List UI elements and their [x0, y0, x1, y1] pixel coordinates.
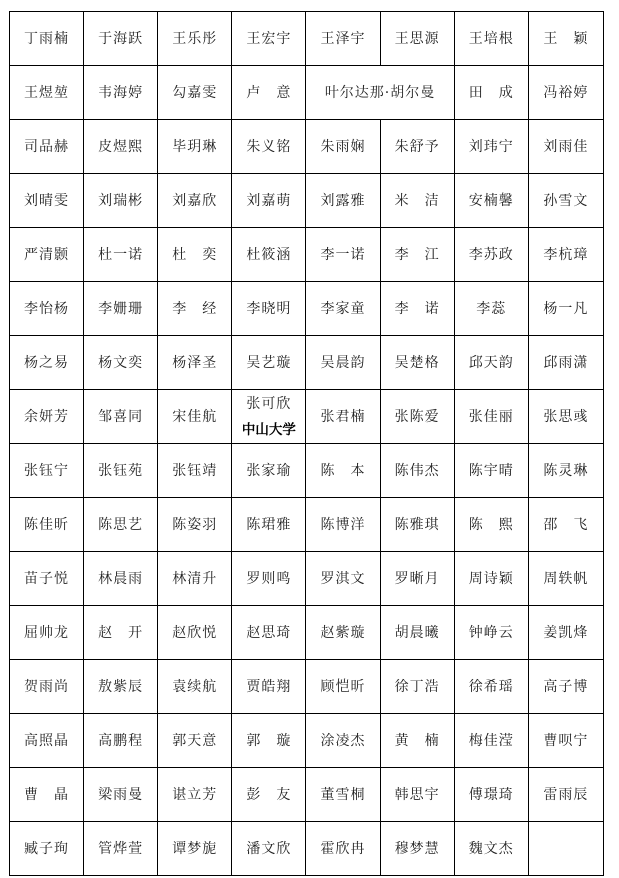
name-cell: 张君楠: [306, 390, 380, 444]
person-name: 刘露雅: [320, 193, 365, 209]
name-cell: 朱义铭: [232, 120, 306, 174]
name-cell: 皮煜熙: [84, 120, 158, 174]
name-cell: 严清颢: [10, 228, 84, 282]
person-name: 郭天意: [172, 733, 217, 749]
name-cell: 李 江: [380, 228, 454, 282]
table-row: 高照晶高鹏程郭天意郭 璇涂凌杰黄 楠梅佳滢曹呗宁: [10, 714, 604, 768]
name-cell: 李 经: [158, 282, 232, 336]
table-row: 曹 晶梁雨曼谌立芳彭 友董雪桐韩思宇傅璟琦雷雨辰: [10, 768, 604, 822]
name-cell: 杜筱涵: [232, 228, 306, 282]
person-name: 刘雨佳: [543, 139, 588, 155]
table-row: 臧子珣管烨萱谭梦旎潘文欣霍欣冉穆梦慧魏文杰: [10, 822, 604, 876]
name-cell: 邱天韵: [454, 336, 528, 390]
name-cell: 陈珺雅: [232, 498, 306, 552]
name-cell: 张钰靖: [158, 444, 232, 498]
name-cell: 周轶帆: [528, 552, 603, 606]
name-cell: 姜凯烽: [528, 606, 603, 660]
name-cell: 曹 晶: [10, 768, 84, 822]
name-cell: 陈博洋: [306, 498, 380, 552]
name-cell: 徐丁浩: [380, 660, 454, 714]
name-cell: 李晓明: [232, 282, 306, 336]
person-name: 杨一凡: [543, 301, 588, 317]
name-cell: 安楠馨: [454, 174, 528, 228]
name-cell: 杨泽圣: [158, 336, 232, 390]
person-name: 屈帅龙: [24, 625, 69, 641]
person-name: 罗淇文: [320, 571, 365, 587]
person-name: 丁雨楠: [24, 31, 69, 47]
name-cell: 林清升: [158, 552, 232, 606]
person-name: 陈佳昕: [24, 517, 69, 533]
name-cell: 吴艺璇: [232, 336, 306, 390]
name-cell: 董雪桐: [306, 768, 380, 822]
name-cell: 刘露雅: [306, 174, 380, 228]
name-cell: 刘瑞彬: [84, 174, 158, 228]
person-name: 杜筱涵: [246, 247, 291, 263]
person-name: 曹呗宁: [543, 733, 588, 749]
person-name: 冯裕婷: [543, 85, 588, 101]
name-cell: 邱雨潇: [528, 336, 603, 390]
person-name: 张陈爱: [395, 409, 440, 425]
name-cell: 杜一诺: [84, 228, 158, 282]
name-cell: 高照晶: [10, 714, 84, 768]
person-name: 严清颢: [24, 247, 69, 263]
person-name: 邱天韵: [469, 355, 514, 371]
name-cell: 李家童: [306, 282, 380, 336]
person-name: 霍欣冉: [320, 841, 365, 857]
person-name: 陈珺雅: [246, 517, 291, 533]
person-name: 姜凯烽: [543, 625, 588, 641]
table-row: 王煜堃韦海婷勾嘉雯卢 意叶尔达那·胡尔曼田 成冯裕婷: [10, 66, 604, 120]
name-cell: 陈伟杰: [380, 444, 454, 498]
person-name: 朱舒予: [395, 139, 440, 155]
name-cell: 梁雨曼: [84, 768, 158, 822]
name-cell: 吴楚格: [380, 336, 454, 390]
name-cell: 彭 友: [232, 768, 306, 822]
person-name: 高照晶: [24, 733, 69, 749]
person-name: 钟峥云: [469, 625, 514, 641]
name-list-table: 丁雨楠于海跃王乐彤王宏宇王泽宇王思源王培根王 颖王煜堃韦海婷勾嘉雯卢 意叶尔达那…: [9, 11, 604, 876]
person-name: 胡晨曦: [395, 625, 440, 641]
name-cell: 勾嘉雯: [158, 66, 232, 120]
table-row: 贺雨尚敖紫辰袁续航贾皓翔顾恺昕徐丁浩徐希瑶高子博: [10, 660, 604, 714]
person-name: 刘嘉萌: [246, 193, 291, 209]
person-name: 杨之易: [24, 355, 69, 371]
name-cell: 王 颖: [528, 12, 603, 66]
table-row: 李怡杨李姗珊李 经李晓明李家童李 诺李蕊杨一凡: [10, 282, 604, 336]
name-cell: 陈佳昕: [10, 498, 84, 552]
name-cell: 于海跃: [84, 12, 158, 66]
name-cell: 顾恺昕: [306, 660, 380, 714]
person-name: 王培根: [469, 31, 514, 47]
table-row: 刘晴雯刘瑞彬刘嘉欣刘嘉萌刘露雅米 洁安楠馨孙雪文: [10, 174, 604, 228]
name-cell: 李姗珊: [84, 282, 158, 336]
person-name: 曹 晶: [24, 787, 69, 803]
person-name: 李晓明: [246, 301, 291, 317]
table-row: 杨之易杨文奕杨泽圣吴艺璇吴晨韵吴楚格邱天韵邱雨潇: [10, 336, 604, 390]
person-name: 朱义铭: [246, 139, 291, 155]
person-name: 杨泽圣: [172, 355, 217, 371]
name-cell: 臧子珣: [10, 822, 84, 876]
person-name: 贾皓翔: [246, 679, 291, 695]
person-name: 董雪桐: [320, 787, 365, 803]
person-name: 赵欣悦: [172, 625, 217, 641]
person-name: 王乐彤: [172, 31, 217, 47]
person-name: 陈思艺: [98, 517, 143, 533]
name-cell: 余妍芳: [10, 390, 84, 444]
table-row: 陈佳昕陈思艺陈姿羽陈珺雅陈博洋陈雅琪陈 熙邵 飞: [10, 498, 604, 552]
person-name: 田 成: [469, 85, 514, 101]
person-name: 林晨雨: [98, 571, 143, 587]
name-cell: 刘晴雯: [10, 174, 84, 228]
person-name: 张佳丽: [469, 409, 514, 425]
person-name: 陈博洋: [320, 517, 365, 533]
name-cell: 黄 楠: [380, 714, 454, 768]
person-name: 管烨萱: [98, 841, 143, 857]
person-name: 张君楠: [320, 409, 365, 425]
name-cell: 李怡杨: [10, 282, 84, 336]
person-name: 李 诺: [395, 301, 440, 317]
person-name: 罗晰月: [395, 571, 440, 587]
person-name: 李怡杨: [24, 301, 69, 317]
person-name: 张思彧: [543, 409, 588, 425]
person-name: 魏文杰: [469, 841, 514, 857]
person-name: 梅佳滢: [469, 733, 514, 749]
name-cell: 赵思琦: [232, 606, 306, 660]
name-cell: 李蕊: [454, 282, 528, 336]
person-name: 陈灵琳: [543, 463, 588, 479]
person-name: 苗子悦: [24, 571, 69, 587]
person-name: 刘晴雯: [24, 193, 69, 209]
name-cell: 高子博: [528, 660, 603, 714]
name-cell: 陈宇晴: [454, 444, 528, 498]
name-cell: 谌立芳: [158, 768, 232, 822]
name-cell: 郭天意: [158, 714, 232, 768]
person-name: 赵思琦: [246, 625, 291, 641]
person-name: 张钰苑: [98, 463, 143, 479]
person-name: 袁续航: [172, 679, 217, 695]
name-cell: 陈 本: [306, 444, 380, 498]
person-name: 黄 楠: [395, 733, 440, 749]
name-cell: 陈雅琪: [380, 498, 454, 552]
person-name: 叶尔达那·胡尔曼: [325, 85, 435, 101]
person-name: 王煜堃: [24, 85, 69, 101]
person-name: 罗则鸣: [246, 571, 291, 587]
name-cell: 冯裕婷: [528, 66, 603, 120]
name-cell: 郭 璇: [232, 714, 306, 768]
person-name: 李杭璋: [543, 247, 588, 263]
name-cell: 张思彧: [528, 390, 603, 444]
person-name: 王思源: [395, 31, 440, 47]
person-name: 谌立芳: [172, 787, 217, 803]
person-name: 潘文欣: [246, 841, 291, 857]
person-name: 吴楚格: [395, 355, 440, 371]
name-cell: 魏文杰: [454, 822, 528, 876]
name-cell: 王思源: [380, 12, 454, 66]
person-name: 安楠馨: [469, 193, 514, 209]
person-name: 陈姿羽: [172, 517, 217, 533]
name-cell: 贺雨尚: [10, 660, 84, 714]
name-cell: 朱雨娴: [306, 120, 380, 174]
name-cell: 罗晰月: [380, 552, 454, 606]
person-name: 皮煜熙: [98, 139, 143, 155]
person-name: 邹喜同: [98, 409, 143, 425]
empty-cell: [528, 822, 603, 876]
name-cell: 李 诺: [380, 282, 454, 336]
name-cell: 刘雨佳: [528, 120, 603, 174]
name-cell: 李杭璋: [528, 228, 603, 282]
name-cell: 张家瑜: [232, 444, 306, 498]
name-cell: 司品赫: [10, 120, 84, 174]
name-cell: 杨一凡: [528, 282, 603, 336]
person-name: 陈雅琪: [395, 517, 440, 533]
table-row: 屈帅龙赵 开赵欣悦赵思琦赵紫璇胡晨曦钟峥云姜凯烽: [10, 606, 604, 660]
name-cell: 敖紫辰: [84, 660, 158, 714]
name-cell: 卢 意: [232, 66, 306, 120]
name-cell: 刘嘉萌: [232, 174, 306, 228]
affiliation-label: 中山大学: [232, 421, 305, 439]
person-name: 张可欣: [246, 396, 291, 412]
name-cell: 宋佳航: [158, 390, 232, 444]
person-name: 张家瑜: [246, 463, 291, 479]
person-name: 王 颖: [543, 31, 588, 47]
person-name: 刘嘉欣: [172, 193, 217, 209]
name-cell: 梅佳滢: [454, 714, 528, 768]
name-cell: 杨之易: [10, 336, 84, 390]
name-cell: 丁雨楠: [10, 12, 84, 66]
name-cell: 邹喜同: [84, 390, 158, 444]
person-name: 孙雪文: [543, 193, 588, 209]
person-name: 卢 意: [246, 85, 291, 101]
person-name: 陈宇晴: [469, 463, 514, 479]
name-cell: 王乐彤: [158, 12, 232, 66]
name-cell: 张可欣中山大学: [232, 390, 306, 444]
person-name: 韩思宇: [395, 787, 440, 803]
name-cell: 陈灵琳: [528, 444, 603, 498]
name-cell: 张陈爱: [380, 390, 454, 444]
name-cell: 叶尔达那·胡尔曼: [306, 66, 454, 120]
name-cell: 田 成: [454, 66, 528, 120]
name-cell: 穆梦慧: [380, 822, 454, 876]
name-cell: 王煜堃: [10, 66, 84, 120]
name-cell: 李一诺: [306, 228, 380, 282]
name-list-body: 丁雨楠于海跃王乐彤王宏宇王泽宇王思源王培根王 颖王煜堃韦海婷勾嘉雯卢 意叶尔达那…: [10, 12, 604, 876]
person-name: 李 江: [395, 247, 440, 263]
name-cell: 刘玮宁: [454, 120, 528, 174]
person-name: 谭梦旎: [172, 841, 217, 857]
person-name: 李 经: [172, 301, 217, 317]
name-cell: 张钰宁: [10, 444, 84, 498]
name-cell: 雷雨辰: [528, 768, 603, 822]
person-name: 刘瑞彬: [98, 193, 143, 209]
name-cell: 吴晨韵: [306, 336, 380, 390]
table-row: 余妍芳邹喜同宋佳航张可欣中山大学张君楠张陈爱张佳丽张思彧: [10, 390, 604, 444]
name-cell: 李苏政: [454, 228, 528, 282]
name-cell: 徐希瑶: [454, 660, 528, 714]
name-cell: 傅璟琦: [454, 768, 528, 822]
table-row: 严清颢杜一诺杜 奕杜筱涵李一诺李 江李苏政李杭璋: [10, 228, 604, 282]
name-cell: 贾皓翔: [232, 660, 306, 714]
person-name: 顾恺昕: [320, 679, 365, 695]
name-cell: 胡晨曦: [380, 606, 454, 660]
person-name: 徐希瑶: [469, 679, 514, 695]
person-name: 敖紫辰: [98, 679, 143, 695]
name-cell: 刘嘉欣: [158, 174, 232, 228]
person-name: 赵紫璇: [320, 625, 365, 641]
person-name: 张钰靖: [172, 463, 217, 479]
person-name: 雷雨辰: [543, 787, 588, 803]
person-name: 毕玥琳: [172, 139, 217, 155]
name-cell: 张佳丽: [454, 390, 528, 444]
name-cell: 孙雪文: [528, 174, 603, 228]
person-name: 李蕊: [476, 301, 506, 317]
name-cell: 霍欣冉: [306, 822, 380, 876]
person-name: 穆梦慧: [395, 841, 440, 857]
person-name: 李家童: [320, 301, 365, 317]
person-name: 徐丁浩: [395, 679, 440, 695]
name-cell: 潘文欣: [232, 822, 306, 876]
person-name: 高鹏程: [98, 733, 143, 749]
person-name: 陈 本: [320, 463, 365, 479]
name-cell: 陈 熙: [454, 498, 528, 552]
person-name: 郭 璇: [246, 733, 291, 749]
name-cell: 韦海婷: [84, 66, 158, 120]
person-name: 吴晨韵: [320, 355, 365, 371]
person-name: 涂凌杰: [320, 733, 365, 749]
person-name: 彭 友: [246, 787, 291, 803]
person-name: 于海跃: [98, 31, 143, 47]
person-name: 贺雨尚: [24, 679, 69, 695]
name-cell: 谭梦旎: [158, 822, 232, 876]
name-cell: 管烨萱: [84, 822, 158, 876]
name-cell: 朱舒予: [380, 120, 454, 174]
person-name: 梁雨曼: [98, 787, 143, 803]
person-name: 李一诺: [320, 247, 365, 263]
name-cell: 林晨雨: [84, 552, 158, 606]
person-name: 臧子珣: [24, 841, 69, 857]
person-name: 李苏政: [469, 247, 514, 263]
person-name: 司品赫: [24, 139, 69, 155]
name-cell: 苗子悦: [10, 552, 84, 606]
name-cell: 张钰苑: [84, 444, 158, 498]
person-name: 杜 奕: [172, 247, 217, 263]
person-name: 林清升: [172, 571, 217, 587]
table-row: 司品赫皮煜熙毕玥琳朱义铭朱雨娴朱舒予刘玮宁刘雨佳: [10, 120, 604, 174]
person-name: 刘玮宁: [469, 139, 514, 155]
person-name: 勾嘉雯: [172, 85, 217, 101]
person-name: 周诗颖: [469, 571, 514, 587]
person-name: 高子博: [543, 679, 588, 695]
person-name: 余妍芳: [24, 409, 69, 425]
name-cell: 王泽宇: [306, 12, 380, 66]
name-cell: 涂凌杰: [306, 714, 380, 768]
name-cell: 赵 开: [84, 606, 158, 660]
person-name: 张钰宁: [24, 463, 69, 479]
name-cell: 杜 奕: [158, 228, 232, 282]
name-cell: 袁续航: [158, 660, 232, 714]
person-name: 赵 开: [98, 625, 143, 641]
person-name: 朱雨娴: [320, 139, 365, 155]
person-name: 周轶帆: [543, 571, 588, 587]
name-cell: 陈思艺: [84, 498, 158, 552]
person-name: 邵 飞: [543, 517, 588, 533]
person-name: 宋佳航: [172, 409, 217, 425]
person-name: 米 洁: [395, 193, 440, 209]
name-cell: 钟峥云: [454, 606, 528, 660]
table-row: 苗子悦林晨雨林清升罗则鸣罗淇文罗晰月周诗颖周轶帆: [10, 552, 604, 606]
person-name: 王泽宇: [320, 31, 365, 47]
name-cell: 杨文奕: [84, 336, 158, 390]
name-cell: 赵紫璇: [306, 606, 380, 660]
person-name: 陈 熙: [469, 517, 514, 533]
name-cell: 邵 飞: [528, 498, 603, 552]
name-cell: 曹呗宁: [528, 714, 603, 768]
name-cell: 高鹏程: [84, 714, 158, 768]
person-name: 杜一诺: [98, 247, 143, 263]
name-cell: 王宏宇: [232, 12, 306, 66]
table-row: 丁雨楠于海跃王乐彤王宏宇王泽宇王思源王培根王 颖: [10, 12, 604, 66]
name-cell: 罗淇文: [306, 552, 380, 606]
name-cell: 赵欣悦: [158, 606, 232, 660]
person-name: 李姗珊: [98, 301, 143, 317]
person-name: 邱雨潇: [543, 355, 588, 371]
name-cell: 米 洁: [380, 174, 454, 228]
person-name: 傅璟琦: [469, 787, 514, 803]
name-cell: 周诗颖: [454, 552, 528, 606]
name-cell: 王培根: [454, 12, 528, 66]
name-cell: 罗则鸣: [232, 552, 306, 606]
name-cell: 韩思宇: [380, 768, 454, 822]
person-name: 陈伟杰: [395, 463, 440, 479]
person-name: 吴艺璇: [246, 355, 291, 371]
name-cell: 毕玥琳: [158, 120, 232, 174]
name-cell: 陈姿羽: [158, 498, 232, 552]
person-name: 王宏宇: [246, 31, 291, 47]
person-name: 韦海婷: [98, 85, 143, 101]
person-name: 杨文奕: [98, 355, 143, 371]
name-cell: 屈帅龙: [10, 606, 84, 660]
table-row: 张钰宁张钰苑张钰靖张家瑜陈 本陈伟杰陈宇晴陈灵琳: [10, 444, 604, 498]
